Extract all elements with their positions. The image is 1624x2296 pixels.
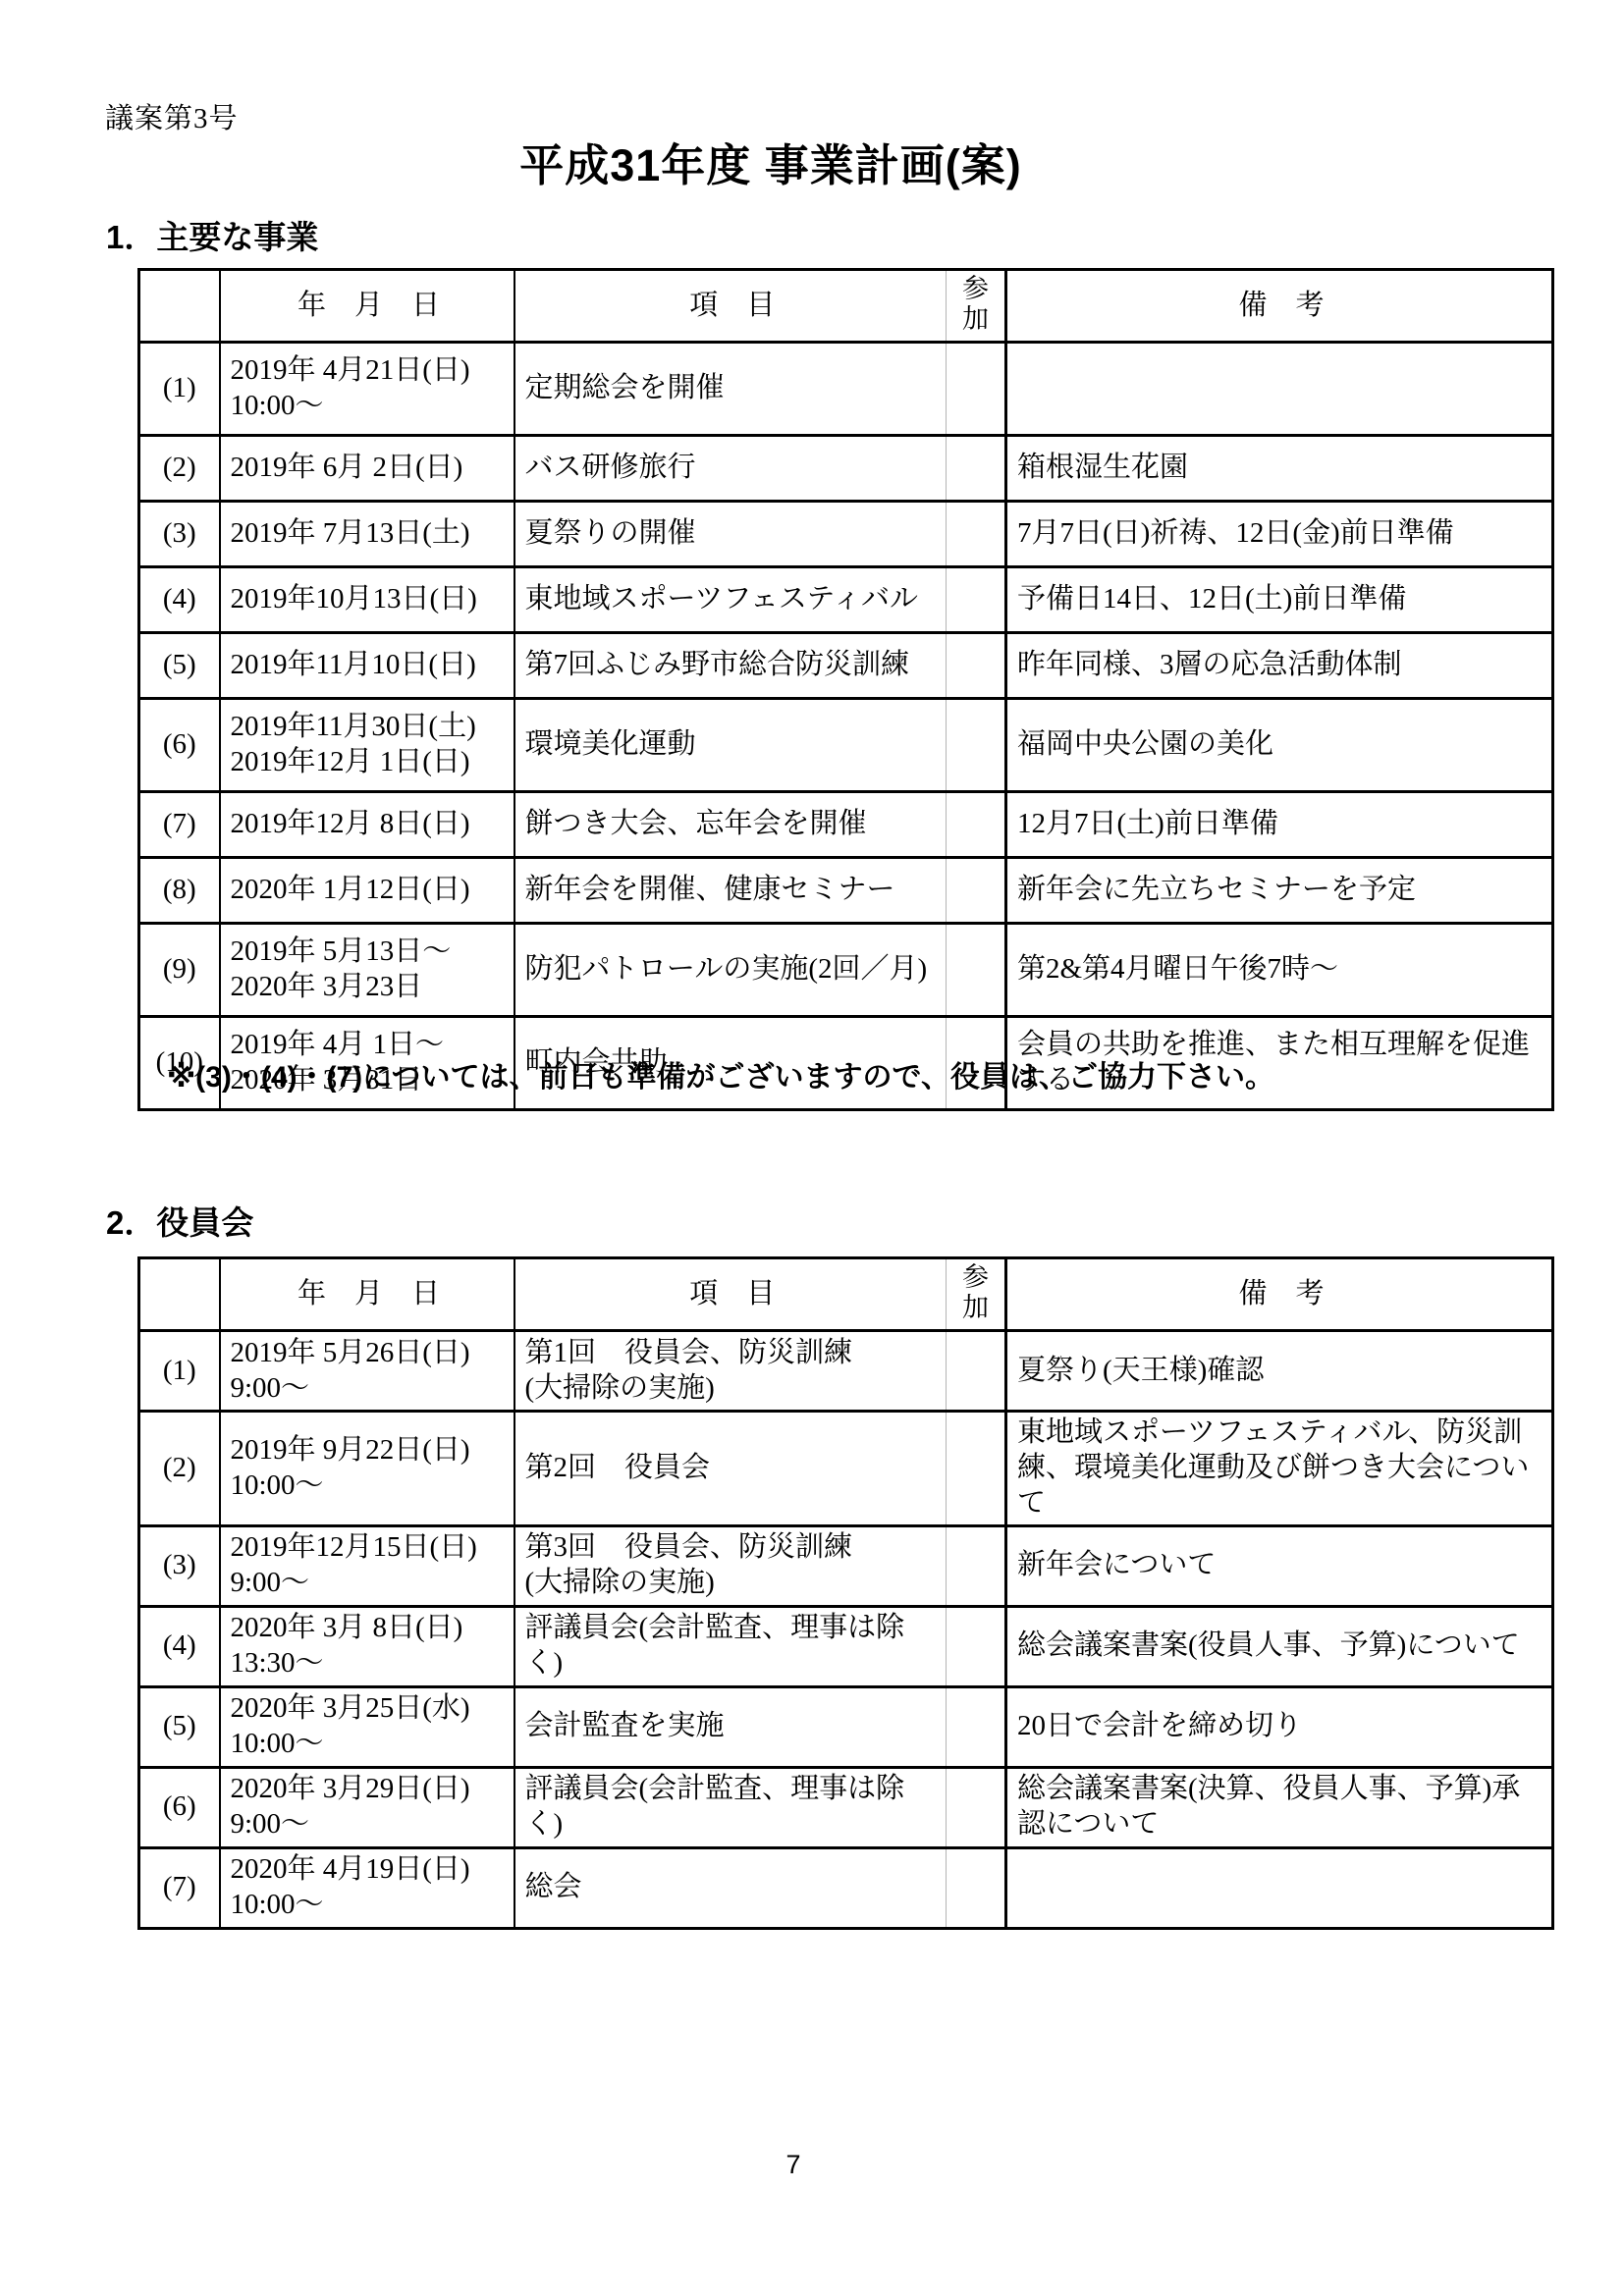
header-participation: 参加 <box>947 270 1006 343</box>
row-no: (3) <box>139 502 220 567</box>
row-no: (5) <box>139 1686 220 1767</box>
row-remarks: 総会議案書案(役員人事、予算)について <box>1006 1606 1553 1686</box>
header-remarks: 備 考 <box>1006 1258 1553 1331</box>
row-participation <box>947 1331 1006 1412</box>
board-meetings-table: 年 月 日 項 目 参加 備 考 (1) 2019年 5月26日(日) 9:00… <box>137 1256 1554 1930</box>
row-remarks: 第2&第4月曜日午後7時～ <box>1006 924 1553 1017</box>
row-date: 2020年 3月25日(水) 10:00～ <box>220 1686 514 1767</box>
table-header-row: 年 月 日 項 目 参加 備 考 <box>139 270 1553 343</box>
row-remarks: 20日で会計を締め切り <box>1006 1686 1553 1767</box>
table-row: (3) 2019年12月15日(日) 9:00～ 第3回 役員会、防災訓練 (大… <box>139 1525 1553 1606</box>
row-date: 2020年 3月 8日(日) 13:30～ <box>220 1606 514 1686</box>
row-item: 第1回 役員会、防災訓練 (大掃除の実施) <box>514 1331 947 1412</box>
header-date: 年 月 日 <box>220 270 514 343</box>
row-date: 2019年11月30日(土) 2019年12月 1日(日) <box>220 699 514 792</box>
table-row: (7) 2020年 4月19日(日) 10:00～ 総会 <box>139 1847 1553 1928</box>
row-item: 防犯パトロールの実施(2回／月) <box>514 924 947 1017</box>
row-date: 2020年 1月12日(日) <box>220 858 514 924</box>
row-item: 新年会を開催、健康セミナー <box>514 858 947 924</box>
table-row: (6) 2020年 3月29日(日) 9:00～ 評議員会(会計監査、理事は除く… <box>139 1767 1553 1847</box>
row-item: バス研修旅行 <box>514 436 947 502</box>
row-item: 餅つき大会、忘年会を開催 <box>514 792 947 858</box>
row-item: 評議員会(会計監査、理事は除く) <box>514 1767 947 1847</box>
row-remarks: 昨年同様、3層の応急活動体制 <box>1006 633 1553 699</box>
row-item: 環境美化運動 <box>514 699 947 792</box>
row-date: 2019年 9月22日(日) 10:00～ <box>220 1412 514 1526</box>
row-participation <box>947 567 1006 633</box>
header-no <box>139 1258 220 1331</box>
row-item: 第7回ふじみ野市総合防災訓練 <box>514 633 947 699</box>
row-participation <box>947 343 1006 436</box>
row-date: 2020年 4月19日(日) 10:00～ <box>220 1847 514 1928</box>
header-participation: 参加 <box>947 1258 1006 1331</box>
table-row: (1) 2019年 5月26日(日) 9:00～ 第1回 役員会、防災訓練 (大… <box>139 1331 1553 1412</box>
row-participation <box>947 699 1006 792</box>
header-participation-label: 参加 <box>960 274 992 335</box>
row-remarks: 福岡中央公園の美化 <box>1006 699 1553 792</box>
row-item: 総会 <box>514 1847 947 1928</box>
row-no: (7) <box>139 1847 220 1928</box>
header-item: 項 目 <box>514 270 947 343</box>
row-no: (1) <box>139 343 220 436</box>
header-item: 項 目 <box>514 1258 947 1331</box>
row-remarks: 7月7日(日)祈祷、12日(金)前日準備 <box>1006 502 1553 567</box>
row-date: 2019年 7月13日(土) <box>220 502 514 567</box>
row-item: 東地域スポーツフェスティバル <box>514 567 947 633</box>
table-row: (5) 2019年11月10日(日) 第7回ふじみ野市総合防災訓練 昨年同様、3… <box>139 633 1553 699</box>
page-title: 平成31年度 事業計画(案) <box>0 130 1542 193</box>
row-participation <box>947 1767 1006 1847</box>
row-item: 第3回 役員会、防災訓練 (大掃除の実施) <box>514 1525 947 1606</box>
row-participation <box>947 1686 1006 1767</box>
page-number: 7 <box>0 2150 1587 2180</box>
header-participation-label: 参加 <box>960 1262 992 1323</box>
header-remarks: 備 考 <box>1006 270 1553 343</box>
row-date: 2019年 5月26日(日) 9:00～ <box>220 1331 514 1412</box>
row-participation <box>947 1525 1006 1606</box>
row-participation <box>947 502 1006 567</box>
row-participation <box>947 858 1006 924</box>
row-participation <box>947 1412 1006 1526</box>
section1-note: ※(3)・(4)・(7)については、前日も準備がございますので、役員は、ご協力下… <box>167 1052 1274 1095</box>
row-date: 2020年 3月29日(日) 9:00～ <box>220 1767 514 1847</box>
table-row: (5) 2020年 3月25日(水) 10:00～ 会計監査を実施 20日で会計… <box>139 1686 1553 1767</box>
row-remarks: 予備日14日、12日(土)前日準備 <box>1006 567 1553 633</box>
row-date: 2019年 5月13日～ 2020年 3月23日 <box>220 924 514 1017</box>
table-row: (1) 2019年 4月21日(日) 10:00～ 定期総会を開催 <box>139 343 1553 436</box>
row-no: (2) <box>139 436 220 502</box>
document-page: 議案第3号 平成31年度 事業計画(案) 1．主要な事業 年 月 日 項 目 参… <box>0 0 1624 2296</box>
row-no: (8) <box>139 858 220 924</box>
row-participation <box>947 1847 1006 1928</box>
section1-heading: 1．主要な事業 <box>106 212 318 258</box>
table-row: (8) 2020年 1月12日(日) 新年会を開催、健康セミナー 新年会に先立ち… <box>139 858 1553 924</box>
row-participation <box>947 633 1006 699</box>
row-date: 2019年10月13日(日) <box>220 567 514 633</box>
major-projects-table: 年 月 日 項 目 参加 備 考 (1) 2019年 4月21日(日) 10:0… <box>137 268 1554 1111</box>
row-participation <box>947 792 1006 858</box>
header-date: 年 月 日 <box>220 1258 514 1331</box>
row-remarks <box>1006 1847 1553 1928</box>
row-date: 2019年 4月21日(日) 10:00～ <box>220 343 514 436</box>
row-remarks: 総会議案書案(決算、役員人事、予算)承認について <box>1006 1767 1553 1847</box>
row-date: 2019年 6月 2日(日) <box>220 436 514 502</box>
row-no: (1) <box>139 1331 220 1412</box>
row-participation <box>947 924 1006 1017</box>
row-item: 定期総会を開催 <box>514 343 947 436</box>
row-remarks: 東地域スポーツフェスティバル、防災訓練、環境美化運動及び餅つき大会について <box>1006 1412 1553 1526</box>
row-remarks <box>1006 343 1553 436</box>
table-row: (2) 2019年 9月22日(日) 10:00～ 第2回 役員会 東地域スポー… <box>139 1412 1553 1526</box>
row-date: 2019年12月 8日(日) <box>220 792 514 858</box>
row-remarks: 新年会に先立ちセミナーを予定 <box>1006 858 1553 924</box>
table-row: (3) 2019年 7月13日(土) 夏祭りの開催 7月7日(日)祈祷、12日(… <box>139 502 1553 567</box>
row-no: (2) <box>139 1412 220 1526</box>
row-item: 第2回 役員会 <box>514 1412 947 1526</box>
row-item: 会計監査を実施 <box>514 1686 947 1767</box>
row-date: 2019年12月15日(日) 9:00～ <box>220 1525 514 1606</box>
row-date: 2019年11月10日(日) <box>220 633 514 699</box>
section2-heading: 2．役員会 <box>106 1198 253 1244</box>
row-remarks: 12月7日(土)前日準備 <box>1006 792 1553 858</box>
row-no: (6) <box>139 699 220 792</box>
row-no: (4) <box>139 1606 220 1686</box>
row-remarks: 新年会について <box>1006 1525 1553 1606</box>
row-remarks: 夏祭り(天王様)確認 <box>1006 1331 1553 1412</box>
row-item: 夏祭りの開催 <box>514 502 947 567</box>
table-row: (2) 2019年 6月 2日(日) バス研修旅行 箱根湿生花園 <box>139 436 1553 502</box>
table-row: (6) 2019年11月30日(土) 2019年12月 1日(日) 環境美化運動… <box>139 699 1553 792</box>
table-row: (4) 2019年10月13日(日) 東地域スポーツフェスティバル 予備日14日… <box>139 567 1553 633</box>
table-row: (7) 2019年12月 8日(日) 餅つき大会、忘年会を開催 12月7日(土)… <box>139 792 1553 858</box>
header-no <box>139 270 220 343</box>
table-row: (9) 2019年 5月13日～ 2020年 3月23日 防犯パトロールの実施(… <box>139 924 1553 1017</box>
row-no: (6) <box>139 1767 220 1847</box>
row-no: (4) <box>139 567 220 633</box>
row-no: (9) <box>139 924 220 1017</box>
table-row: (4) 2020年 3月 8日(日) 13:30～ 評議員会(会計監査、理事は除… <box>139 1606 1553 1686</box>
row-participation <box>947 436 1006 502</box>
row-no: (7) <box>139 792 220 858</box>
row-no: (5) <box>139 633 220 699</box>
row-participation <box>947 1606 1006 1686</box>
table-header-row: 年 月 日 項 目 参加 備 考 <box>139 1258 1553 1331</box>
row-remarks: 箱根湿生花園 <box>1006 436 1553 502</box>
row-item: 評議員会(会計監査、理事は除く) <box>514 1606 947 1686</box>
row-no: (3) <box>139 1525 220 1606</box>
